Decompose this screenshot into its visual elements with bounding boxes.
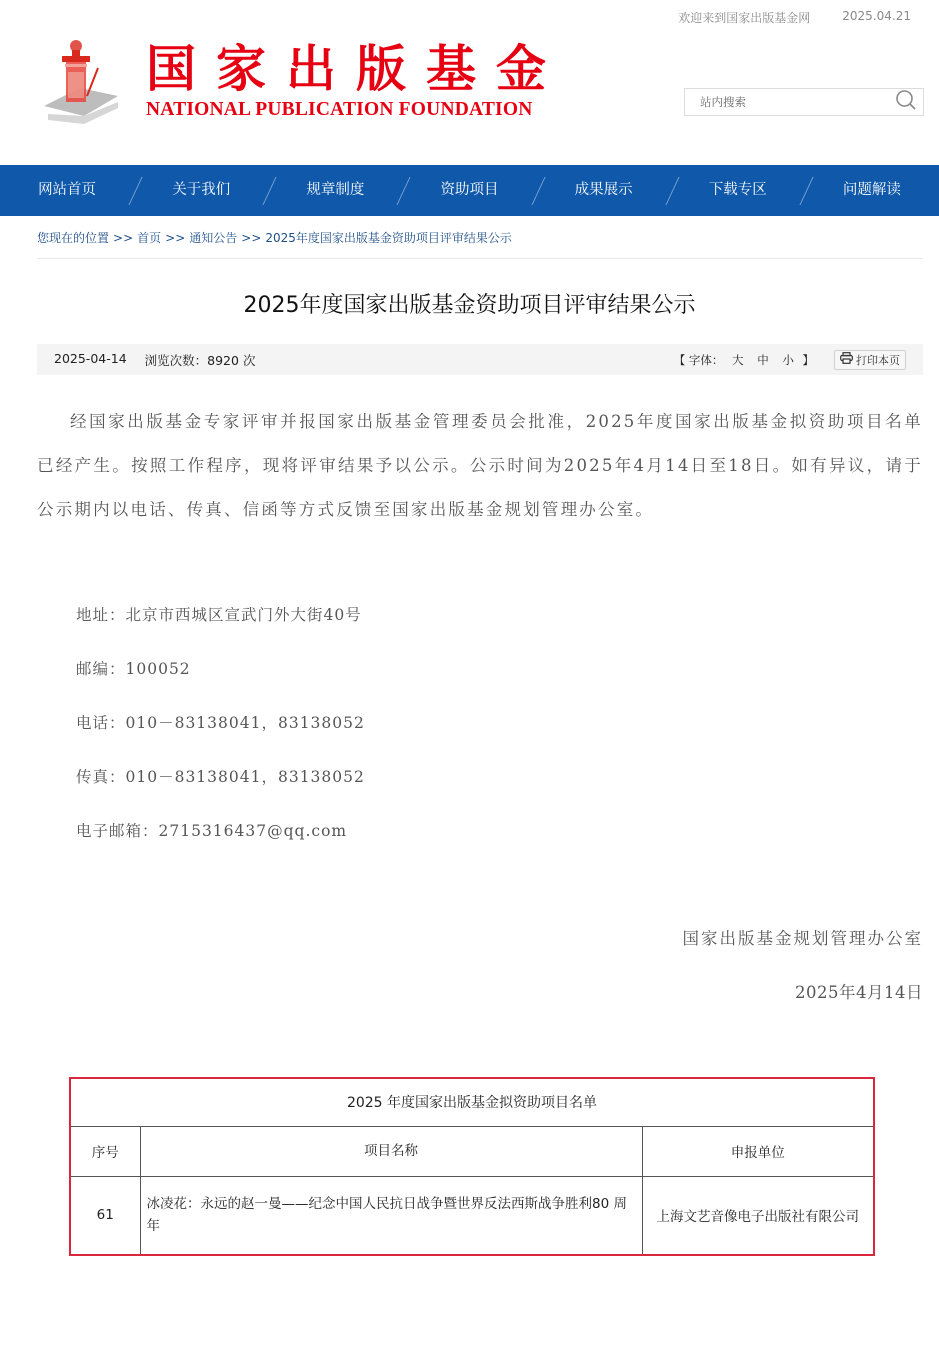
print-label: 打印本页 [856, 352, 900, 368]
contact-phone: 电话：010－83138041，83138052 [76, 711, 365, 733]
nav-item-funded-projects[interactable]: 资助项目 [402, 165, 536, 216]
print-button[interactable]: 打印本页 [834, 350, 906, 370]
font-size-small[interactable]: 小 [782, 353, 794, 367]
site-header: 欢迎来到国家出版基金网 2025.04.21 国家出版基金 NATIONAL P… [0, 0, 939, 165]
font-size-switcher: 【 字体： 大 中 小 】 [674, 352, 814, 368]
cell-project-name: 冰凌花：永远的赵一曼——纪念中国人民抗日战争暨世界反法西斯战争胜利80 周年 [140, 1176, 642, 1254]
cell-applicant: 上海文艺音像电子出版社有限公司 [642, 1176, 873, 1254]
logo-english-name: NATIONAL PUBLICATION FOUNDATION [146, 98, 566, 122]
cell-no: 61 [71, 1176, 140, 1254]
font-size-bracket: 】 [803, 353, 815, 367]
contact-fax: 传真：010－83138041，83138052 [76, 765, 365, 787]
current-date: 2025.04.21 [842, 9, 911, 26]
welcome-text: 欢迎来到国家出版基金网 [678, 9, 810, 26]
column-header-applicant: 申报单位 [642, 1126, 873, 1176]
contact-address: 地址：北京市西城区宣武门外大街40号 [76, 603, 362, 625]
font-size-medium[interactable]: 中 [757, 353, 769, 367]
nav-item-faq[interactable]: 问题解读 [805, 165, 939, 216]
announcement-paragraph: 经国家出版基金专家评审并报国家出版基金管理委员会批准，2025年度国家出版基金拟… [37, 400, 923, 532]
article-meta-bar: 2025-04-14 浏览次数：8920 次 【 字体： 大 中 小 】 打印本… [37, 344, 923, 375]
search-button[interactable] [889, 89, 923, 115]
contact-email: 电子邮箱：2715316437@qq.com [76, 819, 347, 841]
breadcrumb-separator: >> [165, 231, 185, 245]
logo-emblem-icon [40, 36, 120, 126]
main-nav: 网站首页 关于我们 规章制度 资助项目 成果展示 下载专区 问题解读 [0, 165, 939, 216]
page-title: 2025年度国家出版基金资助项目评审结果公示 [0, 288, 939, 319]
column-header-no: 序号 [71, 1126, 140, 1176]
view-count: 浏览次数：8920 次 [145, 351, 256, 369]
article-body: 经国家出版基金专家评审并报国家出版基金管理委员会批准，2025年度国家出版基金拟… [37, 400, 923, 532]
search-icon [895, 89, 917, 115]
breadcrumb-prefix: 您现在的位置 [37, 231, 109, 245]
funded-projects-table: 2025 年度国家出版基金拟资助项目名单 序号 项目名称 申报单位 61 冰凌花… [71, 1079, 873, 1254]
nav-item-achievements[interactable]: 成果展示 [537, 165, 671, 216]
contact-postcode: 邮编：100052 [76, 657, 191, 679]
breadcrumb-notices[interactable]: 通知公告 [189, 231, 237, 245]
funded-projects-table-highlight: 2025 年度国家出版基金拟资助项目名单 序号 项目名称 申报单位 61 冰凌花… [69, 1077, 875, 1256]
site-logo[interactable]: 国家出版基金 NATIONAL PUBLICATION FOUNDATION [40, 36, 566, 126]
breadcrumb-separator: >> [241, 231, 261, 245]
column-header-project-name: 项目名称 [140, 1126, 642, 1176]
font-size-large[interactable]: 大 [732, 353, 744, 367]
font-size-label: 【 字体： [674, 353, 724, 367]
site-search [684, 88, 924, 116]
table-caption: 2025 年度国家出版基金拟资助项目名单 [71, 1079, 873, 1126]
nav-item-regulations[interactable]: 规章制度 [268, 165, 402, 216]
breadcrumb-separator: >> [113, 231, 133, 245]
logo-chinese-name: 国家出版基金 [146, 42, 566, 96]
signature-office: 国家出版基金规划管理办公室 [683, 925, 924, 949]
top-bar: 欢迎来到国家出版基金网 2025.04.21 [678, 9, 911, 26]
signature-date: 2025年4月14日 [795, 979, 923, 1003]
search-input[interactable] [685, 89, 889, 115]
nav-item-about[interactable]: 关于我们 [134, 165, 268, 216]
nav-item-downloads[interactable]: 下载专区 [671, 165, 805, 216]
table-row: 61 冰凌花：永远的赵一曼——纪念中国人民抗日战争暨世界反法西斯战争胜利80 周… [71, 1176, 873, 1254]
nav-item-home[interactable]: 网站首页 [0, 165, 134, 216]
breadcrumb-home[interactable]: 首页 [137, 231, 161, 245]
breadcrumb: 您现在的位置>>首页>>通知公告>>2025年度国家出版基金资助项目评审结果公示 [37, 229, 923, 259]
breadcrumb-current[interactable]: 2025年度国家出版基金资助项目评审结果公示 [265, 231, 512, 245]
printer-icon [840, 352, 856, 367]
publish-date: 2025-04-14 [54, 351, 127, 369]
